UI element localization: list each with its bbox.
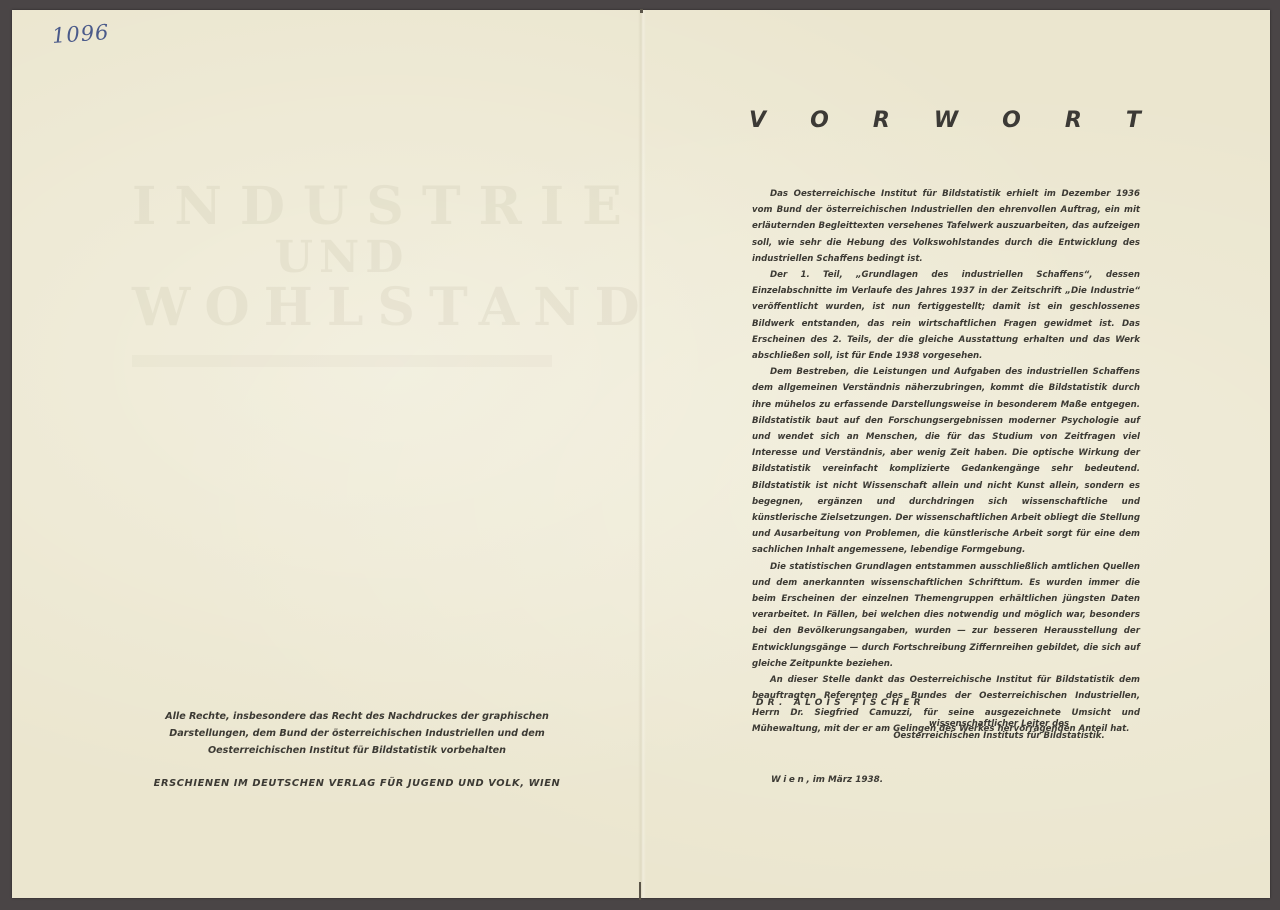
preface-body: Das Oesterreichische Institut für Bildst…: [752, 186, 1140, 737]
paragraph-4: Die statistischen Grundlagen entstammen …: [752, 559, 1140, 672]
date: , im März 1938.: [806, 775, 883, 785]
page-title-vorwort: V O R W O R T: [749, 108, 1141, 133]
author-role-line-2: Oesterreichischen Instituts für Bildstat…: [879, 730, 1119, 742]
faded-title-line-2: UND: [132, 235, 552, 281]
heading-letter: R: [873, 108, 890, 133]
paragraph-1: Das Oesterreichische Institut für Bildst…: [752, 186, 1140, 267]
paragraph-3: Dem Bestreben, die Leistungen und Aufgab…: [752, 364, 1140, 558]
author-role-line-1: wissenschaftlicher Leiter des: [879, 718, 1119, 730]
heading-letter: R: [1065, 108, 1082, 133]
author-role: wissenschaftlicher Leiter des Oesterreic…: [879, 718, 1119, 742]
publisher-line: ERSCHIENEN IM DEUTSCHEN VERLAG FÜR JUGEN…: [152, 778, 562, 789]
heading-letter: T: [1126, 108, 1141, 133]
handwritten-archive-number: 1096: [51, 20, 110, 48]
author-signature: DR. ALOIS FISCHER: [756, 698, 925, 708]
heading-letter: O: [810, 108, 829, 133]
paragraph-2: Der 1. Teil, „Grundlagen des industriell…: [752, 267, 1140, 364]
place: Wien: [771, 775, 806, 785]
rights-notice: Alle Rechte, insbesondere das Recht des …: [152, 708, 562, 759]
heading-letter: W: [934, 108, 958, 133]
faded-title-line-1: INDUSTRIE: [132, 180, 552, 235]
faded-subtitle-line: [132, 355, 552, 367]
heading-letter: V: [749, 108, 766, 133]
place-and-date: Wien, im März 1938.: [771, 775, 883, 785]
left-page: 1096 INDUSTRIE UND WOHLSTAND Alle Rechte…: [12, 10, 641, 898]
right-page: V O R W O R T Das Oesterreichische Insti…: [641, 10, 1270, 898]
faded-title-show-through: INDUSTRIE UND WOHLSTAND: [132, 180, 552, 367]
heading-letter: O: [1002, 108, 1021, 133]
faded-title-line-3: WOHLSTAND: [132, 281, 552, 336]
document-sheet: 1096 INDUSTRIE UND WOHLSTAND Alle Rechte…: [12, 10, 1270, 898]
